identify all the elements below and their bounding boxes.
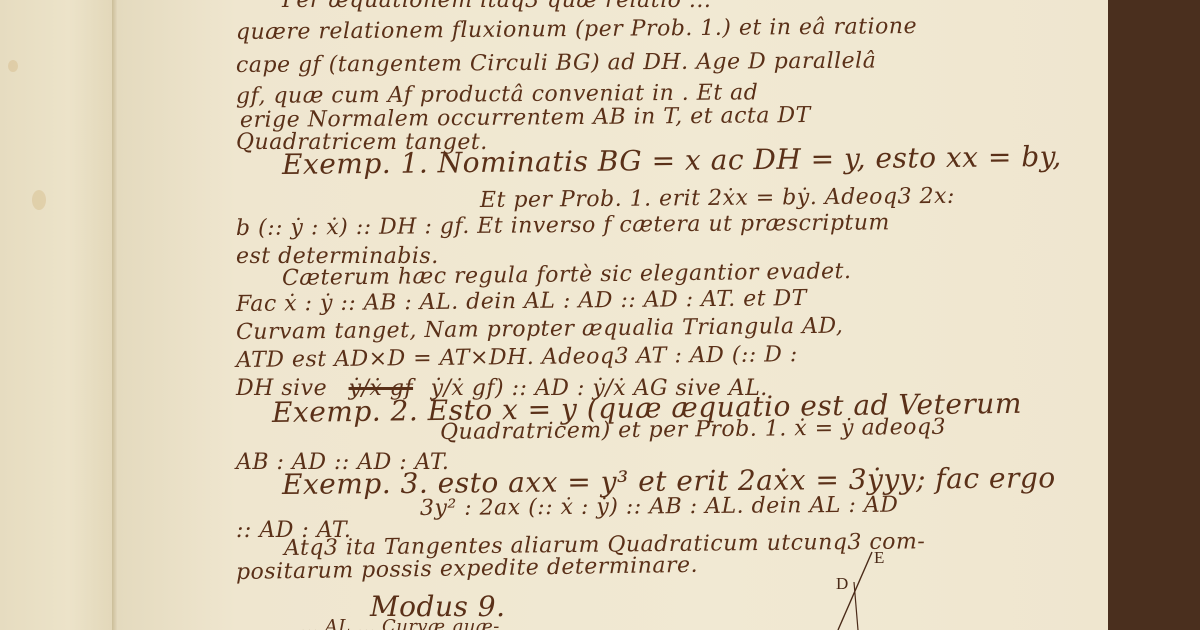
manuscript-line: ... AL ... Curvæ quæ- xyxy=(300,616,500,630)
manuscript-line: Quadratricem) et per Prob. 1. ẋ = ẏ adeo… xyxy=(440,415,946,445)
manuscript-line: Et per Prob. 1. erit 2ẋx = bẏ. Adeoq3 2x… xyxy=(480,184,955,213)
geometric-diagram: E D xyxy=(810,548,900,630)
paper-stain xyxy=(32,190,46,210)
left-page xyxy=(0,0,115,630)
diagram-label-d: D xyxy=(836,574,848,594)
paper-stain xyxy=(8,60,18,72)
manuscript-line: cape gf (tangentem Circuli BG) ad DH. Ag… xyxy=(236,49,876,78)
diagram-label-e: E xyxy=(874,548,884,568)
manuscript-line: 3y² : 2ax (:: ẋ : ẏ) :: AB : AL. dein AL… xyxy=(420,493,899,521)
diagram-lines-icon xyxy=(810,548,900,630)
manuscript-line: erige Normalem occurrentem AB in T, et a… xyxy=(240,103,811,133)
manuscript-line: Per æquationem itaq3 quæ relatio ... xyxy=(282,0,711,13)
page-edge xyxy=(1108,0,1200,630)
